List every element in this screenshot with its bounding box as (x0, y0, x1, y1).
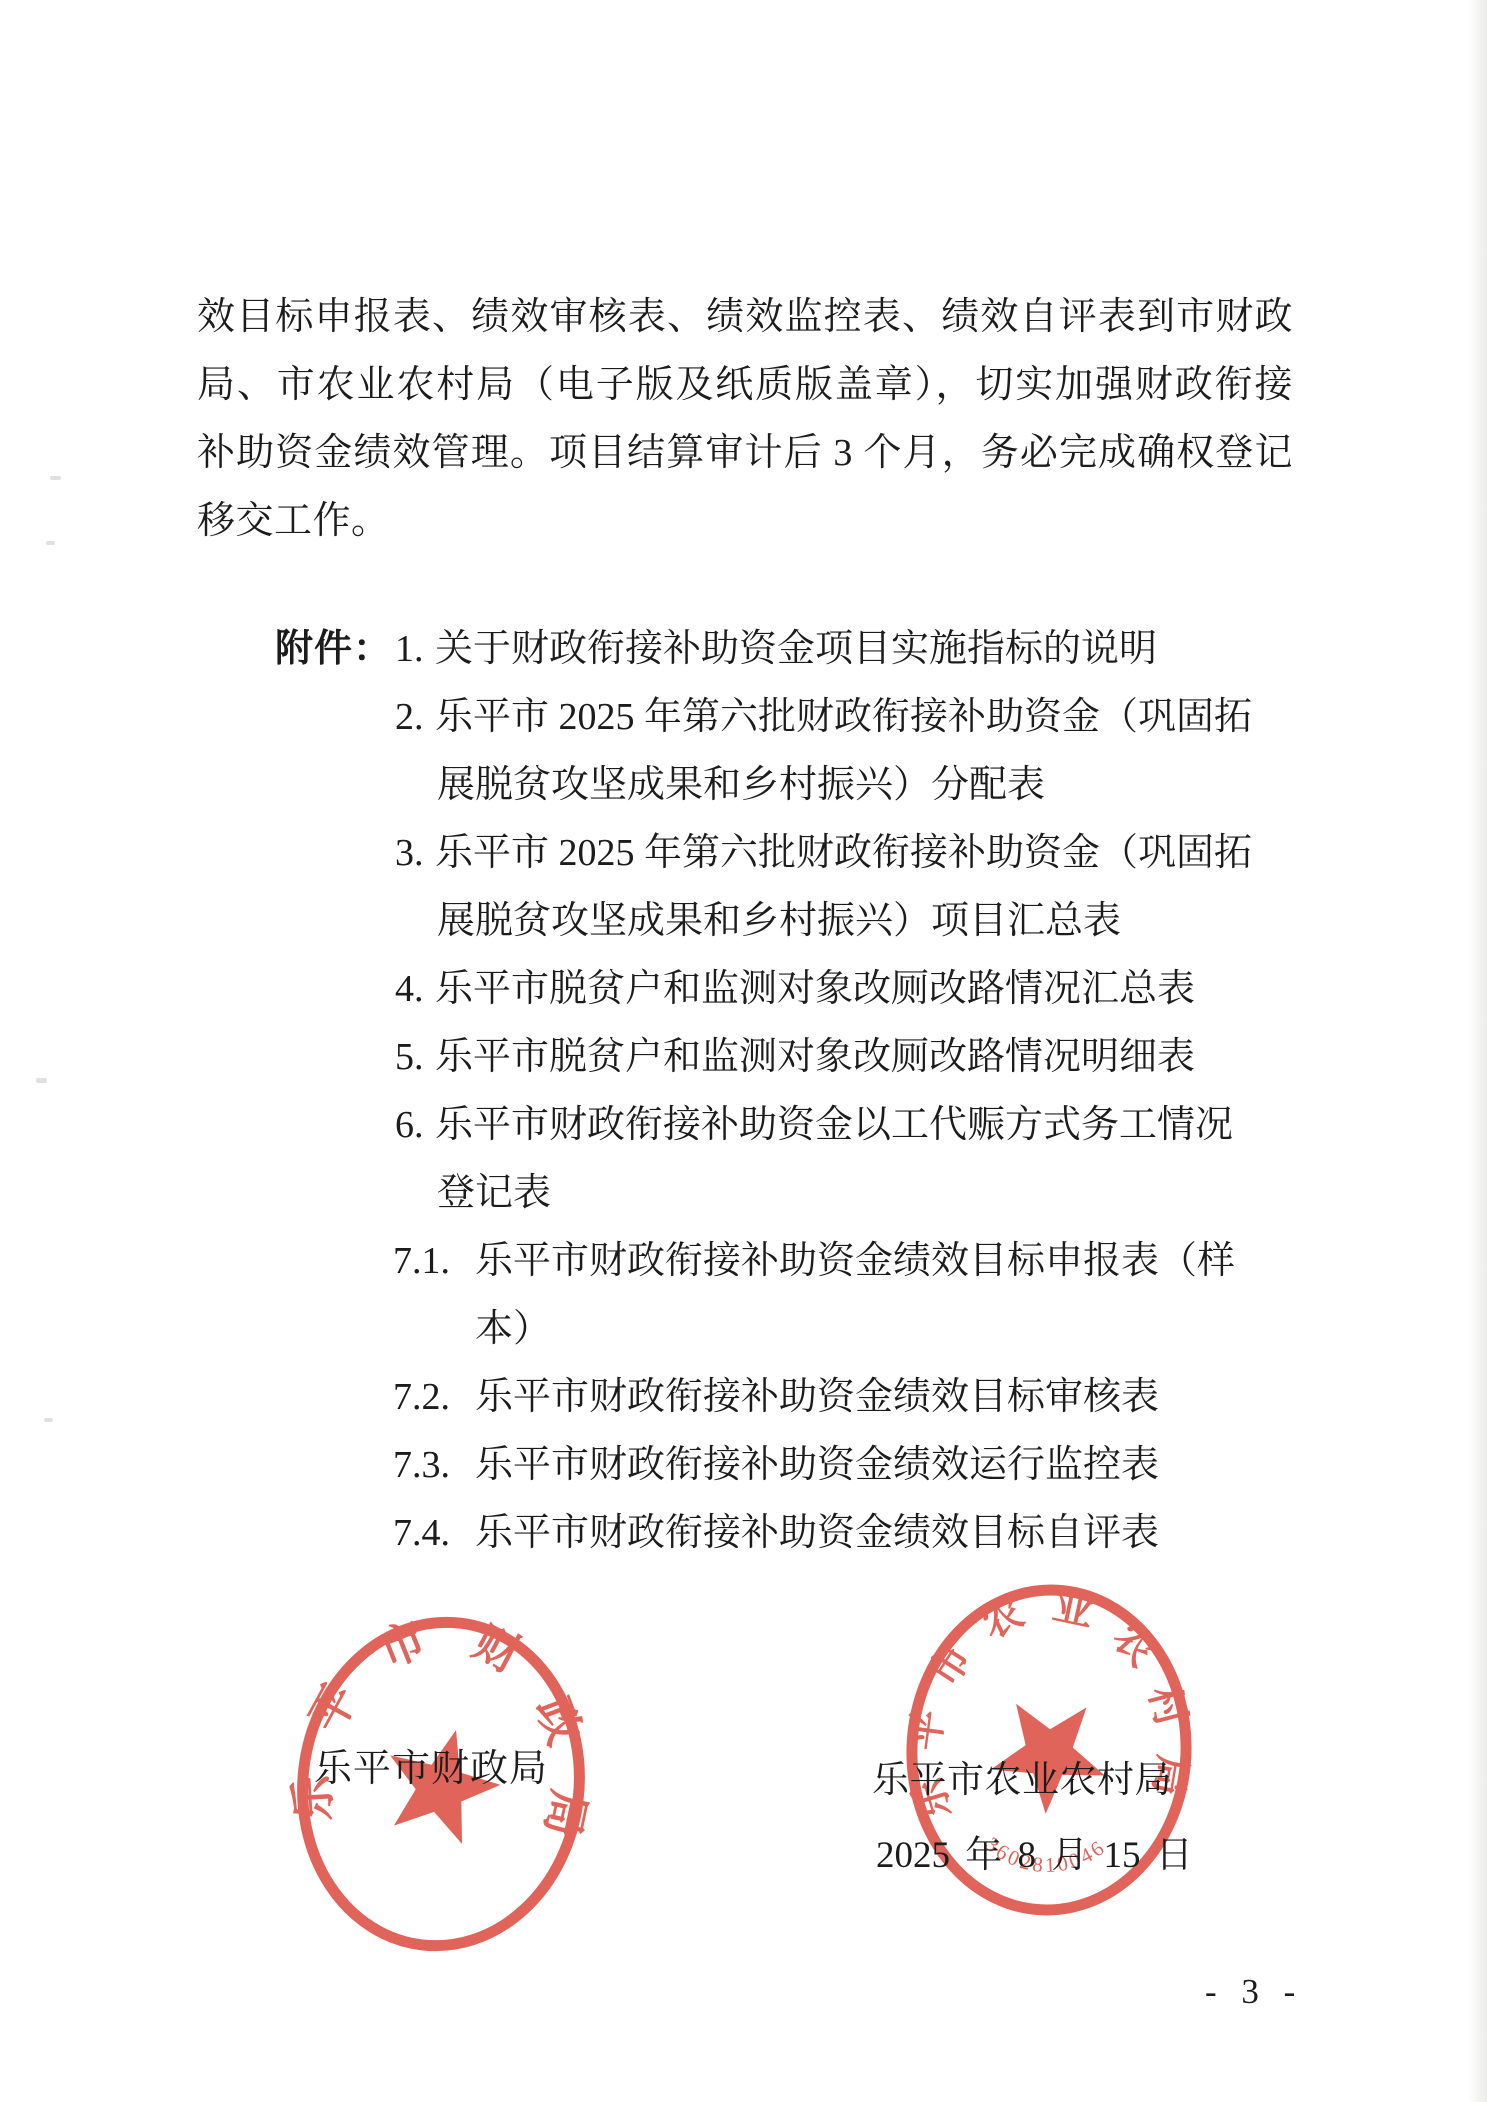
attachment-row-continuation: 展脱贫攻坚成果和乡村振兴）分配表 (437, 751, 1377, 819)
attachment-title: 乐平市财政衔接补助资金以工代赈方式务工情况 (435, 1104, 1233, 1146)
attachment-number: 1. (395, 615, 435, 683)
attachment-row-continuation: 登记表 (437, 1159, 1377, 1227)
attachment-title: 展脱贫攻坚成果和乡村振兴）项目汇总表 (437, 900, 1121, 942)
attachment-row: 3.乐平市 2025 年第六批财政衔接补助资金（巩固拓 (395, 819, 1377, 887)
body-paragraph: 效目标申报表、绩效审核表、绩效监控表、绩效自评表到市财政 局、市农业农村局（电子… (197, 283, 1297, 555)
attachment-list: 附件：1.关于财政衔接补助资金项目实施指标的说明 2.乐平市 2025 年第六批… (197, 615, 1377, 1567)
attachment-title: 乐平市财政衔接补助资金绩效目标申报表（样 (475, 1240, 1235, 1282)
attachment-row: 附件：1.关于财政衔接补助资金项目实施指标的说明 (275, 615, 1377, 683)
attachment-title: 乐平市脱贫户和监测对象改厕改路情况明细表 (435, 1036, 1195, 1078)
attachment-row: 6.乐平市财政衔接补助资金以工代赈方式务工情况 (395, 1091, 1377, 1159)
attachment-title: 登记表 (437, 1172, 551, 1214)
attachment-number: 7.3. (393, 1431, 475, 1499)
attachment-title: 乐平市 2025 年第六批财政衔接补助资金（巩固拓 (435, 832, 1252, 874)
attachment-number: 7.4. (393, 1499, 475, 1567)
attachment-number: 6. (395, 1091, 435, 1159)
scan-artifact (44, 1418, 53, 1422)
attachment-number: 4. (395, 955, 435, 1023)
attachment-row: 7.2.乐平市财政衔接补助资金绩效目标审核表 (393, 1363, 1377, 1431)
attachment-title: 乐平市 2025 年第六批财政衔接补助资金（巩固拓 (435, 696, 1252, 738)
attachment-row: 4.乐平市脱贫户和监测对象改厕改路情况汇总表 (395, 955, 1377, 1023)
left-agency-signature: 乐平市财政局 (314, 1737, 548, 1792)
attachment-title: 乐平市财政衔接补助资金绩效目标审核表 (475, 1376, 1159, 1418)
attachment-row-continuation: 本） (475, 1295, 1377, 1363)
attachment-title: 乐平市财政衔接补助资金绩效目标自评表 (475, 1512, 1159, 1554)
attachment-number: 5. (395, 1023, 435, 1091)
attachment-title: 本） (475, 1308, 551, 1350)
attachments-label: 附件： (275, 615, 395, 683)
paragraph-line: 效目标申报表、绩效审核表、绩效监控表、绩效自评表到市财政 (197, 283, 1293, 351)
attachment-title: 乐平市财政衔接补助资金绩效运行监控表 (475, 1444, 1159, 1486)
page-edge-shadow (1469, 0, 1487, 2102)
paragraph-line: 局、市农业农村局（电子版及纸质版盖章），切实加强财政衔接 (197, 351, 1293, 419)
right-agency-signature: 乐平市农业农村局 (872, 1749, 1172, 1803)
attachment-title: 关于财政衔接补助资金项目实施指标的说明 (435, 628, 1157, 670)
attachment-number: 3. (395, 819, 435, 887)
paragraph-line: 补助资金绩效管理。项目结算审计后 3 个月，务必完成确权登记 (197, 419, 1293, 487)
attachment-row: 2.乐平市 2025 年第六批财政衔接补助资金（巩固拓 (395, 683, 1377, 751)
page-number: - 3 - (1205, 1972, 1303, 2012)
scan-artifact (36, 1078, 47, 1083)
attachment-row-continuation: 展脱贫攻坚成果和乡村振兴）项目汇总表 (437, 887, 1377, 955)
paragraph-line: 移交工作。 (197, 487, 1293, 555)
attachment-row: 7.1.乐平市财政衔接补助资金绩效目标申报表（样 (393, 1227, 1377, 1295)
attachment-number: 7.1. (393, 1227, 475, 1295)
attachment-row: 7.3.乐平市财政衔接补助资金绩效运行监控表 (393, 1431, 1377, 1499)
scan-artifact (46, 541, 55, 545)
document-page: 效目标申报表、绩效审核表、绩效监控表、绩效自评表到市财政 局、市农业农村局（电子… (0, 0, 1487, 2102)
scan-artifact (50, 476, 61, 480)
attachment-row: 7.4.乐平市财政衔接补助资金绩效目标自评表 (393, 1499, 1377, 1567)
attachment-number: 2. (395, 683, 435, 751)
attachment-number: 7.2. (393, 1363, 475, 1431)
signature-date: 2025 年 8 月 15 日 (876, 1824, 1193, 1878)
attachment-title: 展脱贫攻坚成果和乡村振兴）分配表 (437, 764, 1045, 806)
attachment-title: 乐平市脱贫户和监测对象改厕改路情况汇总表 (435, 968, 1195, 1010)
attachment-row: 5.乐平市脱贫户和监测对象改厕改路情况明细表 (395, 1023, 1377, 1091)
